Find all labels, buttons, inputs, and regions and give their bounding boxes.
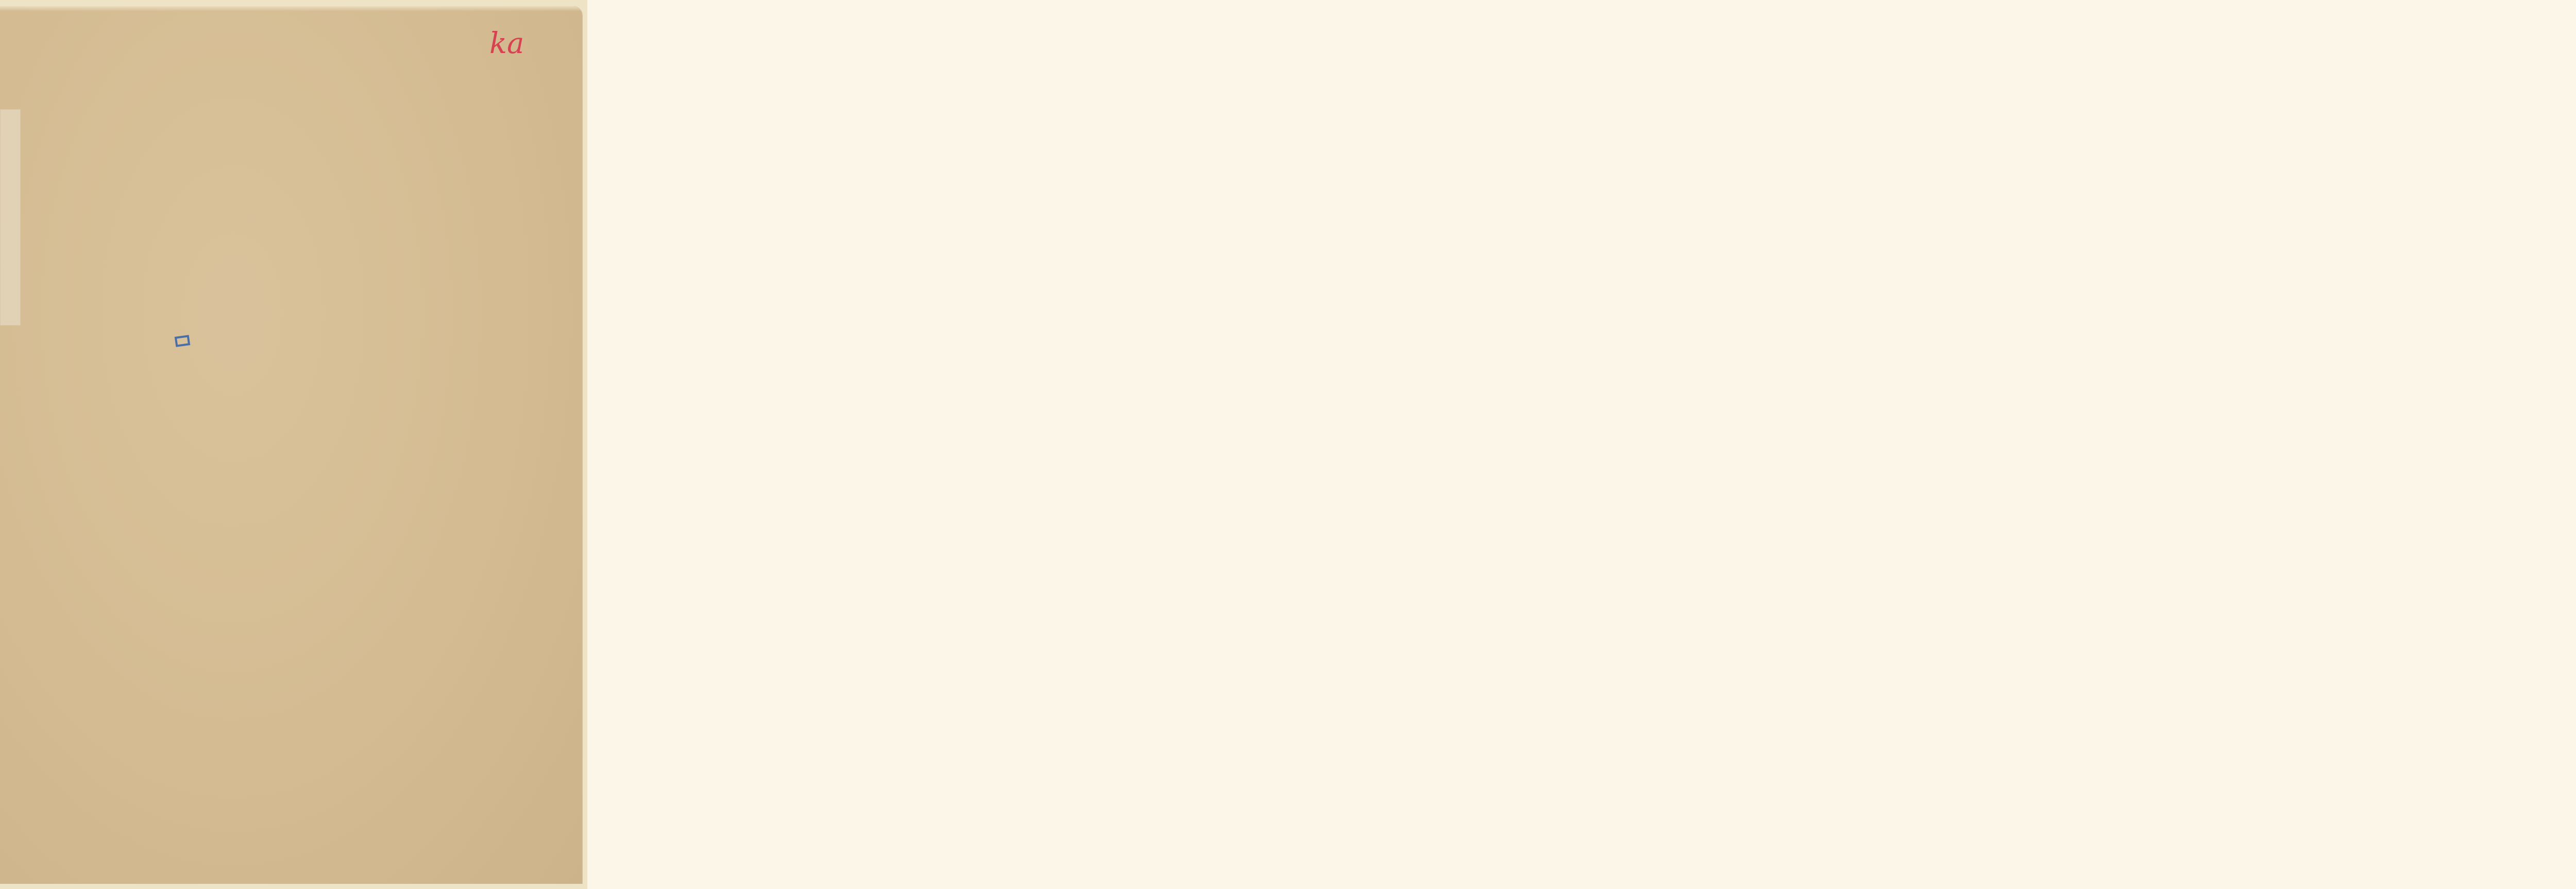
handwritten-red-mark: ka [489,27,524,60]
tape-strip [0,109,21,326]
chefsache-stamp [175,335,191,347]
document-page-1: ka [0,0,587,889]
